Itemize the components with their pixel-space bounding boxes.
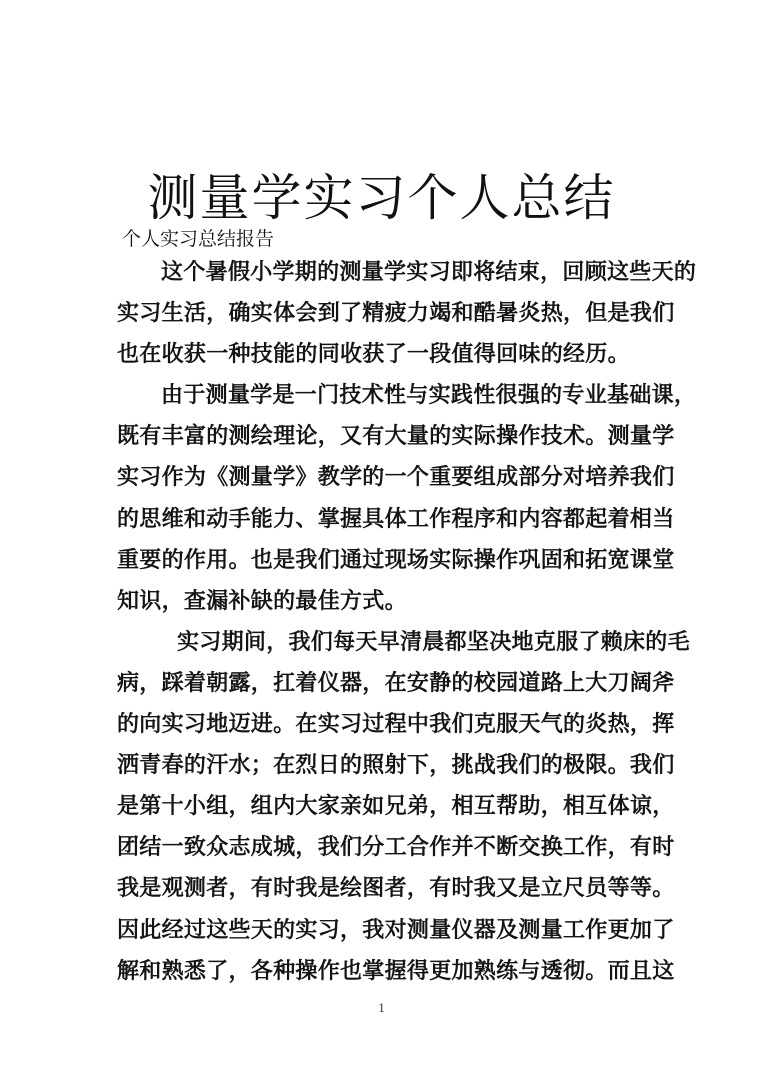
paragraph-2-line: 既有丰富的测绘理论，又有大量的实际操作技术。测量学 (117, 422, 677, 463)
document-title: 测量学实习个人总结 (0, 168, 763, 228)
paragraph-2-line: 知识，查漏补缺的最佳方式。 (117, 587, 677, 628)
paragraph-3-line: 解和熟悉了，各种操作也掌握得更加熟练与透彻。而且这 (117, 957, 677, 998)
document-body: 这个暑假小学期的测量学实习即将结束，回顾这些天的 实习生活，确实体会到了精疲力竭… (117, 258, 677, 998)
paragraph-2-line: 的思维和动手能力、掌握具体工作程序和内容都起着相当 (117, 505, 677, 546)
page-number: 1 (0, 1000, 763, 1016)
paragraph-3-line: 实习期间，我们每天早清晨都坚决地克服了赖床的毛 (117, 628, 677, 669)
paragraph-3-line: 团结一致众志成城，我们分工合作并不断交换工作，有时 (117, 833, 677, 874)
paragraph-1-line: 这个暑假小学期的测量学实习即将结束，回顾这些天的 (117, 258, 677, 299)
paragraph-2-line: 由于测量学是一门技术性与实践性很强的专业基础课， (117, 381, 677, 422)
paragraph-3-line: 病，踩着朝露，扛着仪器，在安静的校园道路上大刀阔斧 (117, 669, 677, 710)
paragraph-2-line: 实习作为《测量学》教学的一个重要组成部分对培养我们 (117, 463, 677, 504)
paragraph-3-line: 是第十小组，组内大家亲如兄弟，相互帮助，相互体谅， (117, 792, 677, 833)
paragraph-3-line: 我是观测者，有时我是绘图者，有时我又是立尺员等等。 (117, 874, 677, 915)
paragraph-2-line: 重要的作用。也是我们通过现场实际操作巩固和拓宽课堂 (117, 546, 677, 587)
paragraph-3-line: 洒青春的汗水；在烈日的照射下，挑战我们的极限。我们 (117, 751, 677, 792)
paragraph-1-line: 实习生活，确实体会到了精疲力竭和酷暑炎热，但是我们 (117, 299, 677, 340)
paragraph-3-line: 因此经过这些天的实习，我对测量仪器及测量工作更加了 (117, 916, 677, 957)
document-subtitle: 个人实习总结报告 (122, 226, 274, 252)
paragraph-1-line: 也在收获一种技能的同收获了一段值得回味的经历。 (117, 340, 677, 381)
paragraph-3-line: 的向实习地迈进。在实习过程中我们克服天气的炎热，挥 (117, 710, 677, 751)
document-page: 测量学实习个人总结 个人实习总结报告 这个暑假小学期的测量学实习即将结束，回顾这… (0, 0, 763, 1080)
